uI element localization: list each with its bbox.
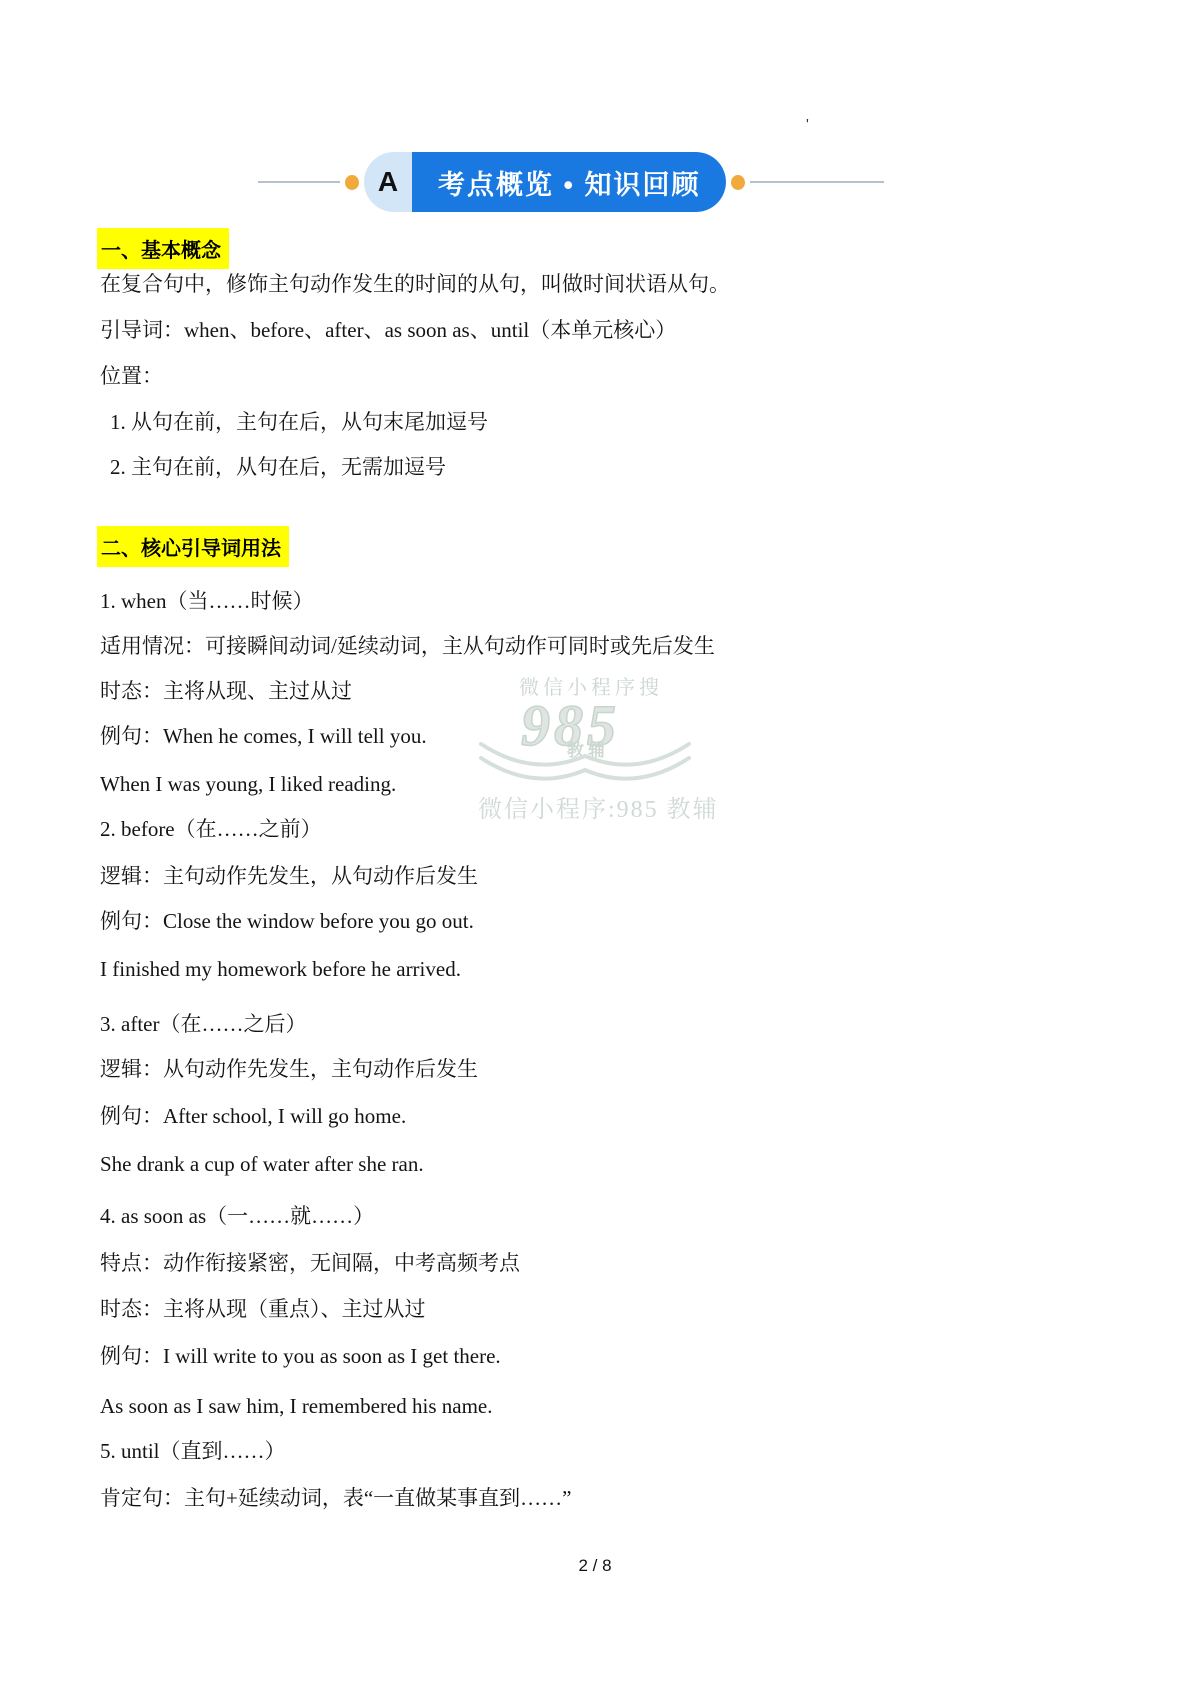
before-example-1: 例句：Close the window before you go out. (100, 909, 474, 933)
before-logic-line: 逻辑：主句动作先发生，从句动作后发生 (100, 864, 478, 888)
position-label: 位置： (100, 364, 163, 388)
when-example-1: 例句：When he comes, I will tell you. (100, 724, 427, 748)
banner-rule-left (258, 181, 340, 183)
banner-badge-letter: A (364, 152, 412, 212)
watermark-985-logo-text: 985 (521, 692, 620, 759)
position-item-1: 1. 从句在前，主句在后，从句末尾加逗号 (110, 410, 488, 434)
when-example-2: When I was young, I liked reading. (100, 772, 396, 796)
when-usage-line: 适用情况：可接瞬间动词/延续动词，主从句动作可同时或先后发生 (100, 634, 715, 658)
decorative-dot-icon-left (345, 175, 359, 190)
after-example-2: She drank a cup of water after she ran. (100, 1152, 424, 1176)
watermark-jiaofu-text: 教辅 (567, 736, 609, 761)
assoonas-example-2: As soon as I saw him, I remembered his n… (100, 1394, 493, 1418)
watermark-search-text: 微信小程序搜 (519, 671, 663, 700)
item-after-title: 3. after（在……之后） (100, 1012, 306, 1036)
after-example-1: 例句：After school, I will go home. (100, 1104, 406, 1128)
document-page: A 考点概览 • 知识回顾 ' 微信小程序搜 985 教辅 微信小程序:985 … (0, 0, 1190, 1683)
when-tense-line: 时态：主将从现、主过从过 (100, 679, 352, 703)
section-heading-basic-concepts: 一、基本概念 (97, 228, 229, 269)
open-book-icon (477, 742, 693, 794)
position-item-2: 2. 主句在前，从句在后，无需加逗号 (110, 455, 446, 479)
stray-apostrophe-mark: ' (806, 116, 809, 133)
before-example-2: I finished my homework before he arrived… (100, 957, 461, 981)
section-banner: A 考点概览 • 知识回顾 (258, 152, 884, 212)
until-affirmative-line: 肯定句：主句+延续动词，表“一直做某事直到……” (100, 1486, 571, 1510)
decorative-dot-icon-right (731, 175, 745, 190)
banner-title: 考点概览 • 知识回顾 (412, 152, 726, 212)
section-heading-core-conjunctions: 二、核心引导词用法 (97, 526, 289, 567)
after-logic-line: 逻辑：从句动作先发生，主句动作后发生 (100, 1057, 478, 1081)
item-before-title: 2. before（在……之前） (100, 817, 322, 841)
item-assoonas-title: 4. as soon as（一……就……） (100, 1204, 374, 1228)
assoonas-example-1: 例句：I will write to you as soon as I get … (100, 1344, 501, 1368)
conjunctions-paragraph: 引导词：when、before、after、as soon as、until（本… (100, 318, 676, 342)
page-number: 2 / 8 (0, 1556, 1190, 1576)
item-when-title: 1. when（当……时候） (100, 589, 314, 613)
definition-paragraph: 在复合句中，修饰主句动作发生的时间的从句，叫做时间状语从句。 (100, 272, 730, 296)
assoonas-feature-line: 特点：动作衔接紧密，无间隔，中考高频考点 (100, 1251, 520, 1275)
banner-pill: A 考点概览 • 知识回顾 (364, 152, 726, 212)
item-until-title: 5. until（直到……） (100, 1439, 286, 1463)
banner-rule-right (750, 181, 884, 183)
assoonas-tense-line: 时态：主将从现（重点）、主过从过 (100, 1297, 426, 1321)
watermark-miniprogram-text: 微信小程序:985 教辅 (478, 789, 719, 824)
